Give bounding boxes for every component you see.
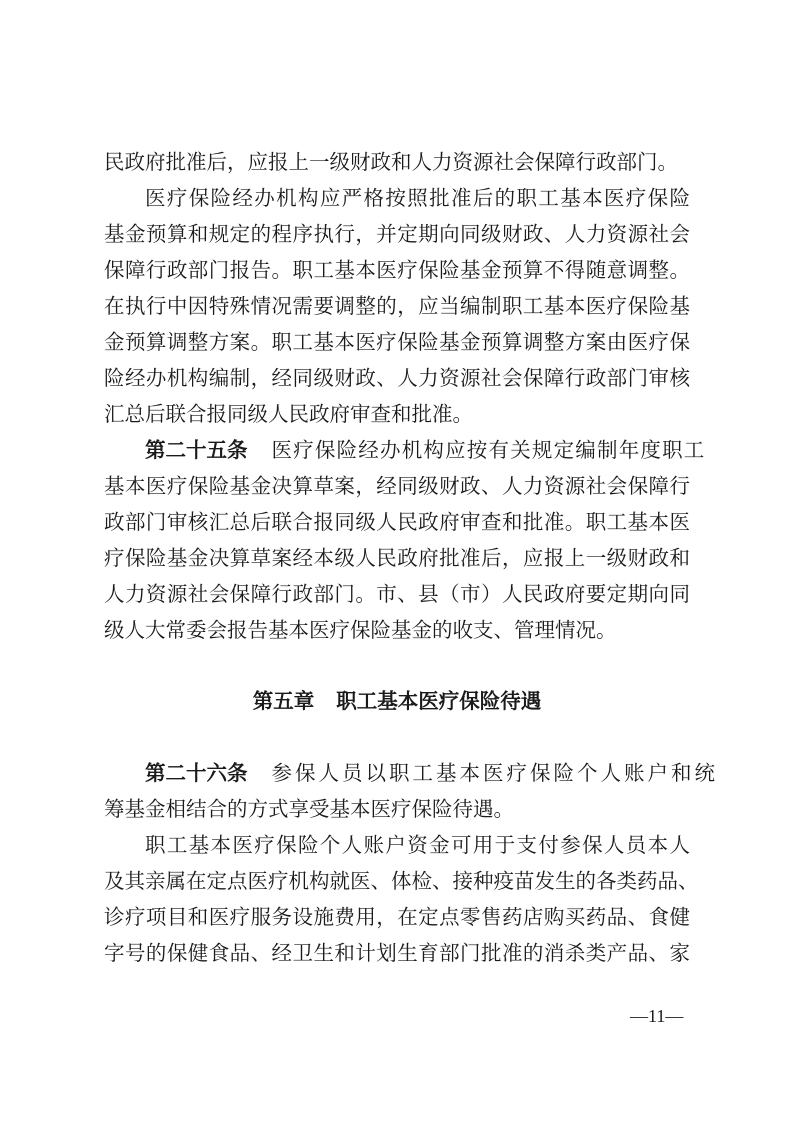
text-line: 民政府批准后，应报上一级财政和人力资源社会保障行政部门。 (104, 144, 690, 180)
text-line: 基金预算和规定的程序执行，并定期向同级财政、人力资源社会 (104, 216, 690, 252)
article-text: 参保人员以职工基本医疗保险个人账户和统 (272, 761, 719, 785)
text-line: 筹基金相结合的方式享受基本医疗保险待遇。 (104, 791, 690, 827)
text-line: 在执行中因特殊情况需要调整的，应当编制职工基本医疗保险基 (104, 288, 690, 324)
article-text: 医疗保险经办机构应按有关规定编制年度职工 (272, 438, 706, 462)
text-line: 及其亲属在定点医疗机构就医、体检、接种疫苗发生的各类药品、 (104, 863, 690, 899)
chapter-number: 第五章 (253, 689, 315, 713)
text-line: 汇总后联合报同级人民政府审查和批准。 (104, 396, 690, 432)
text-line: 险经办机构编制，经同级财政、人力资源社会保障行政部门审核 (104, 360, 690, 396)
text-line: 人力资源社会保障行政部门。市、县（市）人民政府要定期向同 (104, 576, 690, 612)
text-line: 医疗保险经办机构应严格按照批准后的职工基本医疗保险 (145, 180, 690, 216)
text-line: 金预算调整方案。职工基本医疗保险基金预算调整方案由医疗保 (104, 324, 690, 360)
chapter-heading: 第五章职工基本医疗保险待遇 (0, 683, 794, 719)
text-line: 字号的保健食品、经卫生和计划生育部门批准的消杀类产品、家 (104, 935, 690, 971)
page-number: —11— (630, 1004, 683, 1028)
article-25-first-line: 第二十五条医疗保险经办机构应按有关规定编制年度职工 (145, 432, 690, 468)
article-label: 第二十六条 (145, 761, 248, 785)
text-line: 诊疗项目和医疗服务设施费用，在定点零售药店购买药品、食健 (104, 899, 690, 935)
text-line: 职工基本医疗保险个人账户资金可用于支付参保人员本人 (145, 827, 690, 863)
chapter-title: 职工基本医疗保险待遇 (336, 689, 541, 713)
text-line: 保障行政部门报告。职工基本医疗保险基金预算不得随意调整。 (104, 252, 690, 288)
text-line: 基本医疗保险基金决算草案，经同级财政、人力资源社会保障行 (104, 468, 690, 504)
article-label: 第二十五条 (145, 438, 248, 462)
text-line: 疗保险基金决算草案经本级人民政府批准后，应报上一级财政和 (104, 540, 690, 576)
text-line: 级人大常委会报告基本医疗保险基金的收支、管理情况。 (104, 612, 690, 648)
article-26-first-line: 第二十六条参保人员以职工基本医疗保险个人账户和统 (145, 755, 690, 791)
text-line: 政部门审核汇总后联合报同级人民政府审查和批准。职工基本医 (104, 504, 690, 540)
